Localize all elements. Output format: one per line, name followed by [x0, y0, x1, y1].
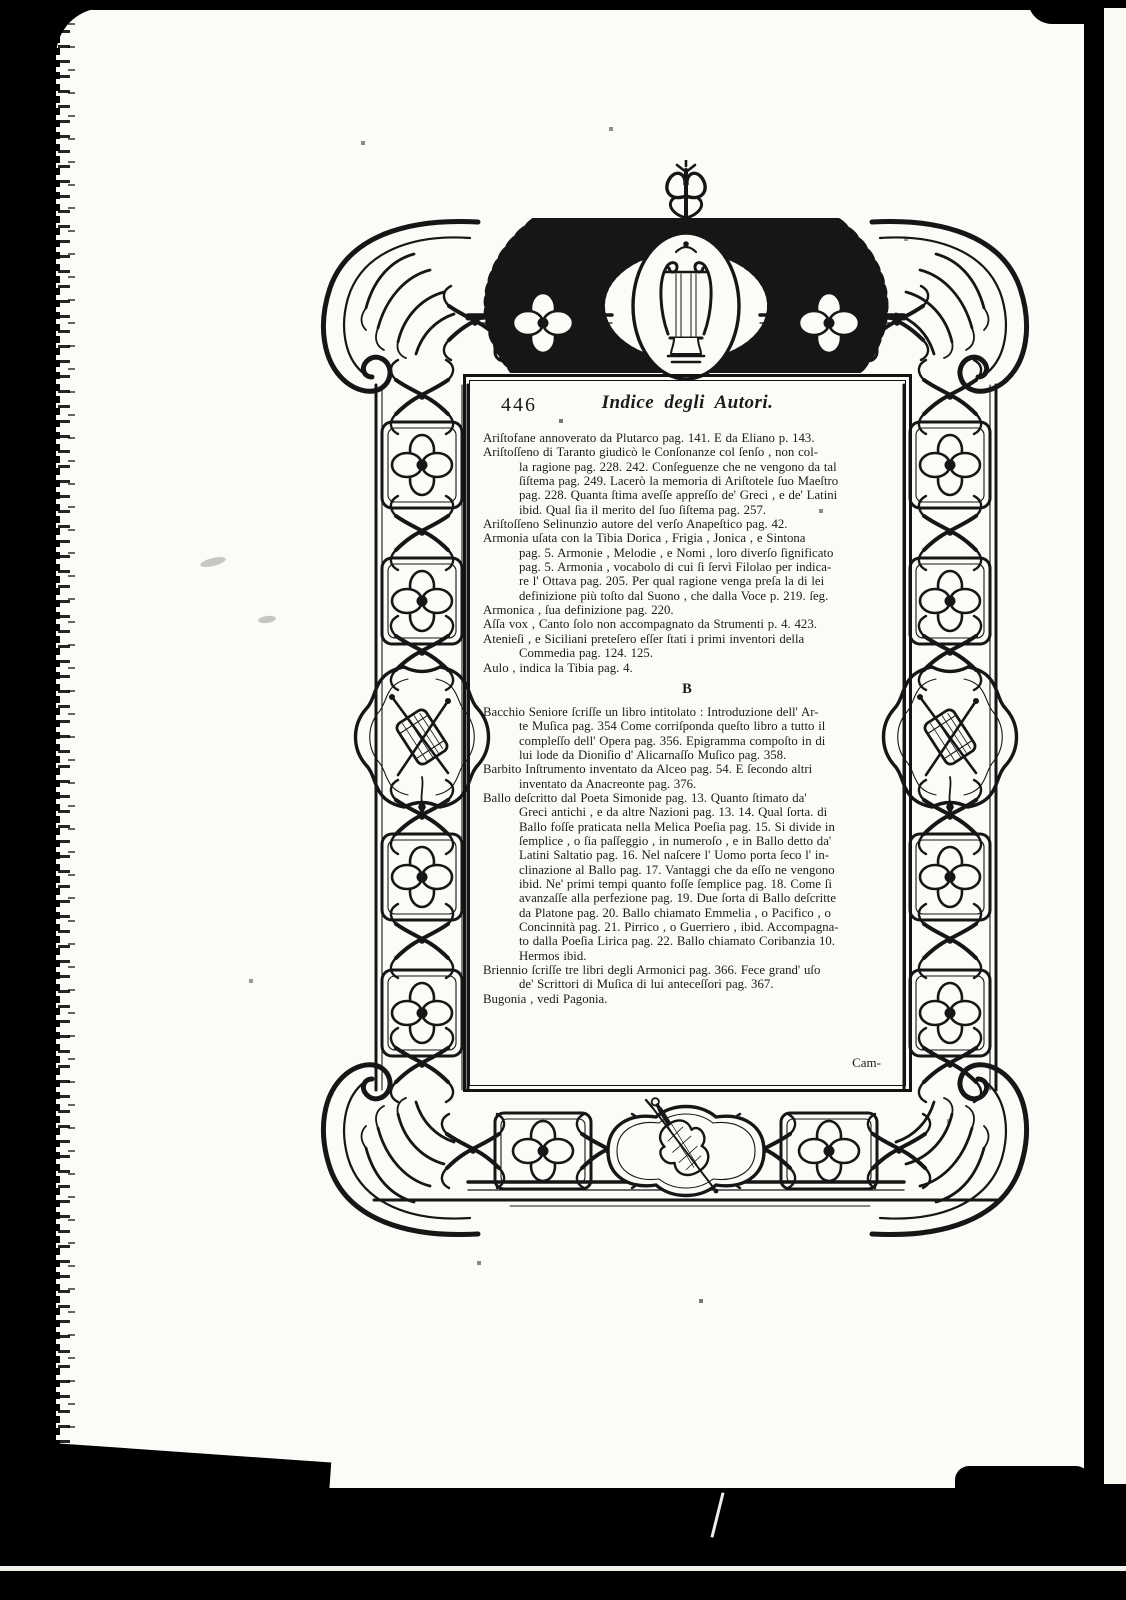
index-entry: Bugonia , vedi Pagonia.	[483, 992, 892, 1006]
index-section-b: Bacchio Seniore ſcriſſe un libro intitol…	[483, 705, 892, 1006]
index-entry-line: Ariſtoſſeno Selinunzio autore del verſo …	[483, 517, 892, 531]
index-entry: Ariſtoſſeno di Taranto giudicò le Conſon…	[483, 445, 892, 517]
violin-icon	[608, 1086, 764, 1195]
index-entry: Armonia uſata con la Tibia Dorica , Frig…	[483, 531, 892, 603]
page-header: 446 Indice degli Autori.	[483, 392, 892, 424]
index-entry-line: pag. 5. Armonie , Melodie , e Nomi , lor…	[483, 546, 892, 560]
scan-edge-top	[0, 0, 1126, 10]
index-section-a: Ariſtofane annoverato da Plutarco pag. 1…	[483, 431, 892, 675]
index-entry-line: avanzaſſe alla perfezione pag. 19. Due ſ…	[483, 891, 892, 905]
scan-bottom-line	[0, 1566, 1126, 1571]
corner-flourish-icon	[872, 221, 1027, 391]
catchword: Cam-	[852, 1055, 881, 1071]
scan-edge-top-right	[1028, 0, 1112, 24]
scan-scratch	[710, 1492, 724, 1537]
page-title: Indice degli Autori.	[483, 392, 892, 414]
scan-edge-left-streaks2	[68, 0, 75, 1600]
index-entry-line: definizione più toſto dal Suono , che da…	[483, 589, 892, 603]
index-entry-line: lui lode da Dioniſio d' Alicarnaſſo Muſi…	[483, 748, 892, 762]
index-text-panel: 446 Indice degli Autori. Ariſtofane anno…	[463, 374, 912, 1092]
index-entry-line: ſiſtema pag. 249. Lacerò la memoria di A…	[483, 474, 892, 488]
index-entry-line: Greci antichi , e da altre Nazioni pag. …	[483, 805, 892, 819]
index-entry-line: Aſſa vox , Canto ſolo non accompagnato d…	[483, 617, 892, 631]
index-entry-line: pag. 228. Quanta ſtima aveſſe appreſſo d…	[483, 488, 892, 502]
index-text-inner-border: 446 Indice degli Autori. Ariſtofane anno…	[469, 380, 906, 1086]
section-heading-b: B	[483, 681, 892, 698]
index-entry-line: Atenieſi , e Siciliani preteſero eſſer ſ…	[483, 632, 892, 646]
index-entry-line: Briennio ſcriſſe tre libri degli Armonic…	[483, 963, 892, 977]
index-entry-line: ibid. Ne' primi tempi quanto foſſe ſempl…	[483, 877, 892, 891]
index-entry: Bacchio Seniore ſcriſſe un libro intitol…	[483, 705, 892, 762]
scanned-book-page: 446 Indice degli Autori. Ariſtofane anno…	[0, 0, 1126, 1600]
index-entry-line: de' Scrittori di Muſica di lui anteceſſo…	[483, 977, 892, 991]
index-entry-line: Ballo deſcritto dal Poeta Simonide pag. …	[483, 791, 892, 805]
index-entry-line: Armonia uſata con la Tibia Dorica , Frig…	[483, 531, 892, 545]
index-entry-line: Bacchio Seniore ſcriſſe un libro intitol…	[483, 705, 892, 719]
index-entry-line: Ariſtofane annoverato da Plutarco pag. 1…	[483, 431, 892, 445]
corner-flourish-icon	[323, 221, 478, 391]
index-entry-line: da Platone pag. 20. Ballo chiamato Emmel…	[483, 906, 892, 920]
index-entry-line: Armonica , ſua definizione pag. 220.	[483, 603, 892, 617]
index-entry-line: Barbito Inſtrumento inventato da Alceo p…	[483, 762, 892, 776]
index-entry-line: Aulo , indica la Tibia pag. 4.	[483, 661, 892, 675]
index-entry: Briennio ſcriſſe tre libri degli Armonic…	[483, 963, 892, 992]
adjacent-page-edge	[1104, 8, 1126, 1484]
index-entry: Armonica , ſua definizione pag. 220.	[483, 603, 892, 617]
index-entry-line: Bugonia , vedi Pagonia.	[483, 992, 892, 1006]
lyre-icon	[633, 233, 739, 379]
index-entry-line: Latini Saltatio pag. 16. Nel naſcere l' …	[483, 848, 892, 862]
index-entry-line: Concinnità pag. 21. Pirrico , o Guerrier…	[483, 920, 892, 934]
index-entry-line: re l' Ottava pag. 205. Per qual ragione …	[483, 574, 892, 588]
index-entry-line: ibid. Qual ſia il merito del ſuo ſiſtema…	[483, 503, 892, 517]
index-entry-line: compleſſo dell' Opera pag. 356. Epigramm…	[483, 734, 892, 748]
index-entry: Ariſtofane annoverato da Plutarco pag. 1…	[483, 431, 892, 445]
index-entry-line: clinazione al Ballo pag. 17. Vantaggi ch…	[483, 863, 892, 877]
index-entry-line: Ariſtoſſeno di Taranto giudicò le Conſon…	[483, 445, 892, 459]
index-entry: Ballo deſcritto dal Poeta Simonide pag. …	[483, 791, 892, 963]
paper-speckles	[0, 0, 2, 2]
scan-edge-bottom-right	[955, 1466, 1090, 1496]
index-entry: Ariſtoſſeno Selinunzio autore del verſo …	[483, 517, 892, 531]
index-entry-line: Commedia pag. 124. 125.	[483, 646, 892, 660]
index-entry-line: ſemplice , o ſia paſſeggio , in numeroſo…	[483, 834, 892, 848]
index-entry: Aſſa vox , Canto ſolo non accompagnato d…	[483, 617, 892, 631]
index-entry-line: te Muſica pag. 354 Come corriſponda queſ…	[483, 719, 892, 733]
index-entry-line: inventato da Anacreonte pag. 376.	[483, 777, 892, 791]
corner-flourish-icon	[323, 1065, 478, 1235]
index-entry: Barbito Inſtrumento inventato da Alceo p…	[483, 762, 892, 791]
index-entry-line: pag. 5. Armonia , vocabolo di cui ſi ſer…	[483, 560, 892, 574]
index-entry-line: la ragione pag. 228. 242. Conſeguenze ch…	[483, 460, 892, 474]
index-entry-line: to dalla Poeſia Lirica pag. 22. Ballo ch…	[483, 934, 892, 948]
index-entry-line: Ballo foſſe praticata nella Melica Poeſi…	[483, 820, 892, 834]
index-entry: Aulo , indica la Tibia pag. 4.	[483, 661, 892, 675]
scan-edge-left	[38, 0, 60, 1600]
index-entry: Atenieſi , e Siciliani preteſero eſſer ſ…	[483, 632, 892, 661]
index-entry-line: Hermos ibid.	[483, 949, 892, 963]
fleur-finial-icon	[667, 160, 705, 224]
